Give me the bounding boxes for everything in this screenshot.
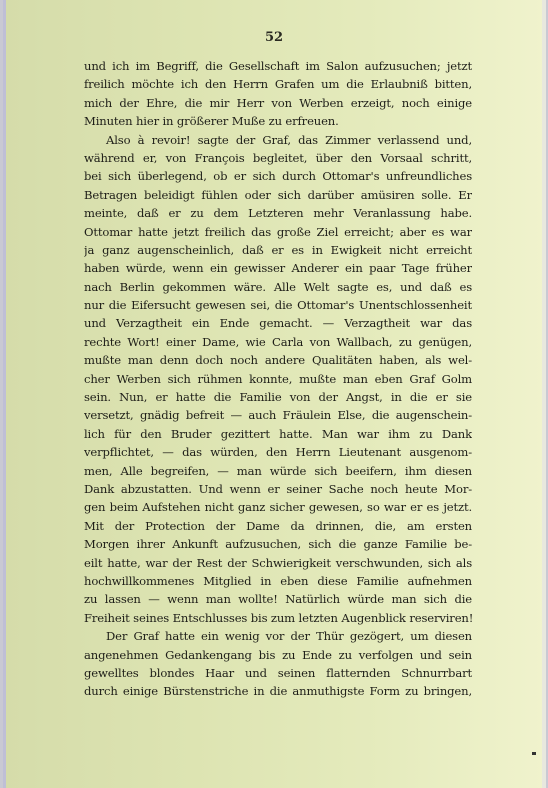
text-line: nach Berlin gekommen wäre. Alle Welt sag… [84, 278, 472, 296]
text-line: men, Alle begreifen, — man würde sich be… [84, 462, 472, 480]
text-line: Minuten hier in größerer Muße zu erfreue… [84, 112, 472, 130]
text-line: haben würde, wenn ein gewisser Anderer e… [84, 259, 472, 277]
text-line: Mit der Protection der Dame da drinnen, … [84, 517, 472, 535]
text-line: und ich im Begriff, die Gesellschaft im … [84, 57, 472, 75]
text-line: mich der Ehre, die mir Herr von Werben e… [84, 94, 472, 112]
text-line: freilich möchte ich den Herrn Grafen um … [84, 75, 472, 93]
text-line: zu lassen — wenn man wollte! Natürlich w… [84, 590, 472, 608]
text-line: Freiheit seines Entschlusses bis zum let… [84, 609, 472, 627]
text-line: Morgen ihrer Ankunft aufzusuchen, sich d… [84, 535, 472, 553]
paragraph-start-line: Der Graf hatte ein wenig vor der Thür ge… [84, 627, 472, 645]
text-line: lich für den Bruder gezittert hatte. Man… [84, 425, 472, 443]
text-line: bei sich überlegend, ob er sich durch Ot… [84, 167, 472, 185]
text-line: sein. Nun, er hatte die Familie von der … [84, 388, 472, 406]
text-line: verpflichtet, — das würden, den Herrn Li… [84, 443, 472, 461]
text-line: cher Werben sich rühmen konnte, mußte ma… [84, 370, 472, 388]
text-line: gen beim Aufstehen nicht ganz sicher gew… [84, 498, 472, 516]
text-line: Ottomar hatte jetzt freilich das große Z… [84, 223, 472, 241]
page-left-edge [3, 0, 6, 788]
text-line: Betragen beleidigt fühlen oder sich darü… [84, 186, 472, 204]
paragraph-start-line: Also à revoir! sagte der Graf, das Zimme… [84, 131, 472, 149]
text-line: eilt hatte, war der Rest der Schwierigke… [84, 554, 472, 572]
text-line: ja ganz augenscheinlich, daß er es in Ew… [84, 241, 472, 259]
text-line: angenehmen Gedankengang bis zu Ende zu v… [84, 646, 472, 664]
text-line: Dank abzustatten. Und wenn er seiner Sac… [84, 480, 472, 498]
body-text: und ich im Begriff, die Gesellschaft im … [84, 57, 472, 701]
text-line: und Verzagtheit ein Ende gemacht. — Verz… [84, 314, 472, 332]
text-line: während er, von François begleitet, über… [84, 149, 472, 167]
page-speck [532, 752, 536, 755]
text-line: hochwillkommenes Mitglied in eben diese … [84, 572, 472, 590]
text-line: meinte, daß er zu dem Letzteren mehr Ver… [84, 204, 472, 222]
text-line: durch einige Bürstenstriche in die anmut… [84, 682, 472, 700]
text-line: mußte man denn doch noch andere Qualität… [84, 351, 472, 369]
page-right-edge [542, 0, 546, 788]
text-line: gewelltes blondes Haar und seinen flatte… [84, 664, 472, 682]
text-line: rechte Wort! einer Dame, wie Carla von W… [84, 333, 472, 351]
text-line: nur die Eifersucht gewesen sei, die Otto… [84, 296, 472, 314]
text-line: versetzt, gnädig befreit — auch Fräulein… [84, 406, 472, 424]
page-number: 52 [0, 30, 548, 45]
